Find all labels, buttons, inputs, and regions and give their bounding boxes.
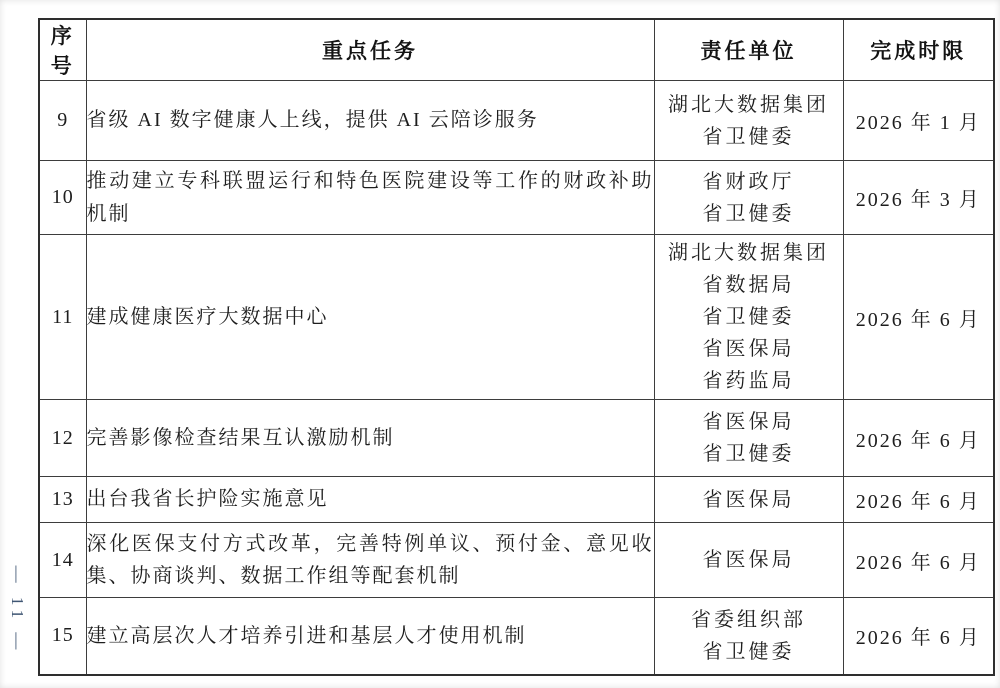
table-row: 15 建立高层次人才培养引进和基层人才使用机制 省委组织部 省卫健委 2026 …	[39, 598, 994, 675]
unit-cell: 湖北大数据集团 省数据局 省卫健委 省医保局 省药监局	[654, 235, 843, 400]
page-number: — 11 —	[5, 560, 27, 660]
task-table: 序号 重点任务 责任单位 完成时限 9 省级 AI 数字健康人上线，提供 AI …	[38, 18, 995, 676]
unit-cell: 湖北大数据集团 省卫健委	[654, 81, 843, 161]
row-number: 9	[39, 81, 86, 161]
unit-cell: 省财政厅 省卫健委	[654, 161, 843, 235]
deadline-cell: 2026 年 3 月	[843, 161, 994, 235]
table-row: 13 出台我省长护险实施意见 省医保局 2026 年 6 月	[39, 477, 994, 523]
row-number: 14	[39, 523, 86, 598]
table-row: 14 深化医保支付方式改革，完善特例单议、预付金、意见收集、协商谈判、数据工作组…	[39, 523, 994, 598]
unit-cell: 省医保局	[654, 477, 843, 523]
table-header-row: 序号 重点任务 责任单位 完成时限	[39, 19, 994, 81]
task-cell: 完善影像检查结果互认激励机制	[86, 400, 654, 477]
document-page: — 11 — 序号 重点任务 责任单位 完成时限 9 省级 AI 数字健康人上线…	[0, 0, 1000, 688]
header-responsible-unit: 责任单位	[654, 19, 843, 81]
row-number: 11	[39, 235, 86, 400]
task-cell: 省级 AI 数字健康人上线，提供 AI 云陪诊服务	[86, 81, 654, 161]
header-key-task: 重点任务	[86, 19, 654, 81]
deadline-cell: 2026 年 6 月	[843, 235, 994, 400]
task-cell: 深化医保支付方式改革，完善特例单议、预付金、意见收集、协商谈判、数据工作组等配套…	[86, 523, 654, 598]
row-number: 15	[39, 598, 86, 675]
header-serial-number: 序号	[39, 19, 86, 81]
deadline-cell: 2026 年 6 月	[843, 598, 994, 675]
unit-cell: 省委组织部 省卫健委	[654, 598, 843, 675]
row-number: 13	[39, 477, 86, 523]
task-cell: 建立高层次人才培养引进和基层人才使用机制	[86, 598, 654, 675]
task-cell: 建成健康医疗大数据中心	[86, 235, 654, 400]
deadline-cell: 2026 年 6 月	[843, 477, 994, 523]
table-row: 12 完善影像检查结果互认激励机制 省医保局 省卫健委 2026 年 6 月	[39, 400, 994, 477]
task-cell: 推动建立专科联盟运行和特色医院建设等工作的财政补助机制	[86, 161, 654, 235]
deadline-cell: 2026 年 1 月	[843, 81, 994, 161]
unit-cell: 省医保局	[654, 523, 843, 598]
deadline-cell: 2026 年 6 月	[843, 400, 994, 477]
table-row: 10 推动建立专科联盟运行和特色医院建设等工作的财政补助机制 省财政厅 省卫健委…	[39, 161, 994, 235]
task-cell: 出台我省长护险实施意见	[86, 477, 654, 523]
unit-cell: 省医保局 省卫健委	[654, 400, 843, 477]
header-deadline: 完成时限	[843, 19, 994, 81]
deadline-cell: 2026 年 6 月	[843, 523, 994, 598]
table-row: 9 省级 AI 数字健康人上线，提供 AI 云陪诊服务 湖北大数据集团 省卫健委…	[39, 81, 994, 161]
row-number: 12	[39, 400, 86, 477]
table-row: 11 建成健康医疗大数据中心 湖北大数据集团 省数据局 省卫健委 省医保局 省药…	[39, 235, 994, 400]
row-number: 10	[39, 161, 86, 235]
